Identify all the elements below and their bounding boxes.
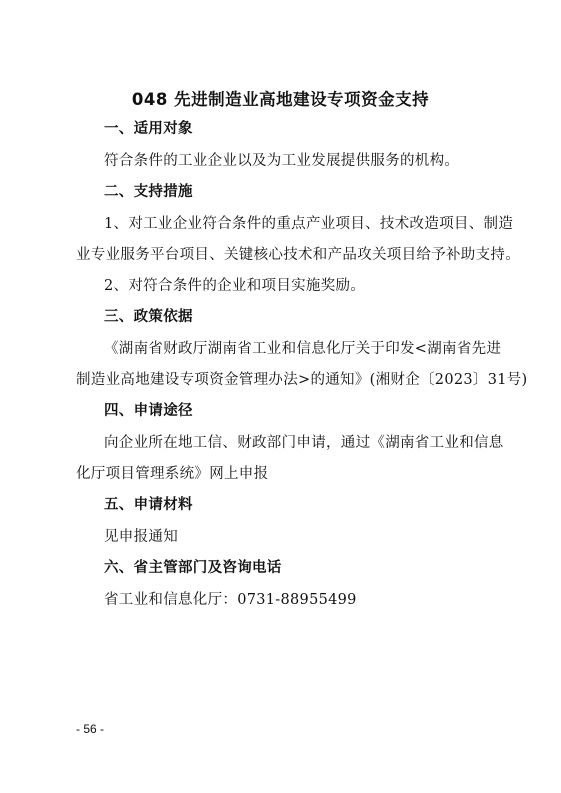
section-text: 制造业高地建设专项资金管理办法>的通知》(湘财企〔2023〕31号) [76, 368, 528, 389]
section-heading-measures: 二、支持措施 [104, 180, 193, 201]
section-text: 省工业和信息化厅：0731-88955499 [104, 588, 357, 609]
section-text: 1、对工业企业符合条件的重点产业项目、技术改造项目、制造 [104, 212, 513, 233]
section-heading-application: 四、申请途径 [104, 399, 193, 420]
section-text: 2、对符合条件的企业和项目实施奖励。 [104, 274, 365, 295]
section-heading-applicable: 一、适用对象 [104, 117, 193, 138]
section-text: 符合条件的工业企业以及为工业发展提供服务的机构。 [104, 149, 459, 170]
section-text: 向企业所在地工信、财政部门申请，通过《湖南省工业和信息 [104, 431, 504, 452]
section-text: 《湖南省财政厅湖南省工业和信息化厅关于印发<湖南省先进 [104, 337, 501, 358]
page-number: - 56 - [76, 722, 104, 736]
section-text: 业专业服务平台项目、关键核心技术和产品攻关项目给予补助支持。 [76, 243, 520, 264]
section-text: 化厅项目管理系统》网上申报 [76, 462, 268, 483]
section-heading-contact: 六、省主管部门及咨询电话 [104, 556, 282, 577]
section-heading-materials: 五、申请材料 [104, 493, 193, 514]
section-text: 见申报通知 [104, 525, 178, 546]
document-title: 048 先进制造业高地建设专项资金支持 [0, 86, 561, 110]
section-heading-policy: 三、政策依据 [104, 305, 193, 326]
